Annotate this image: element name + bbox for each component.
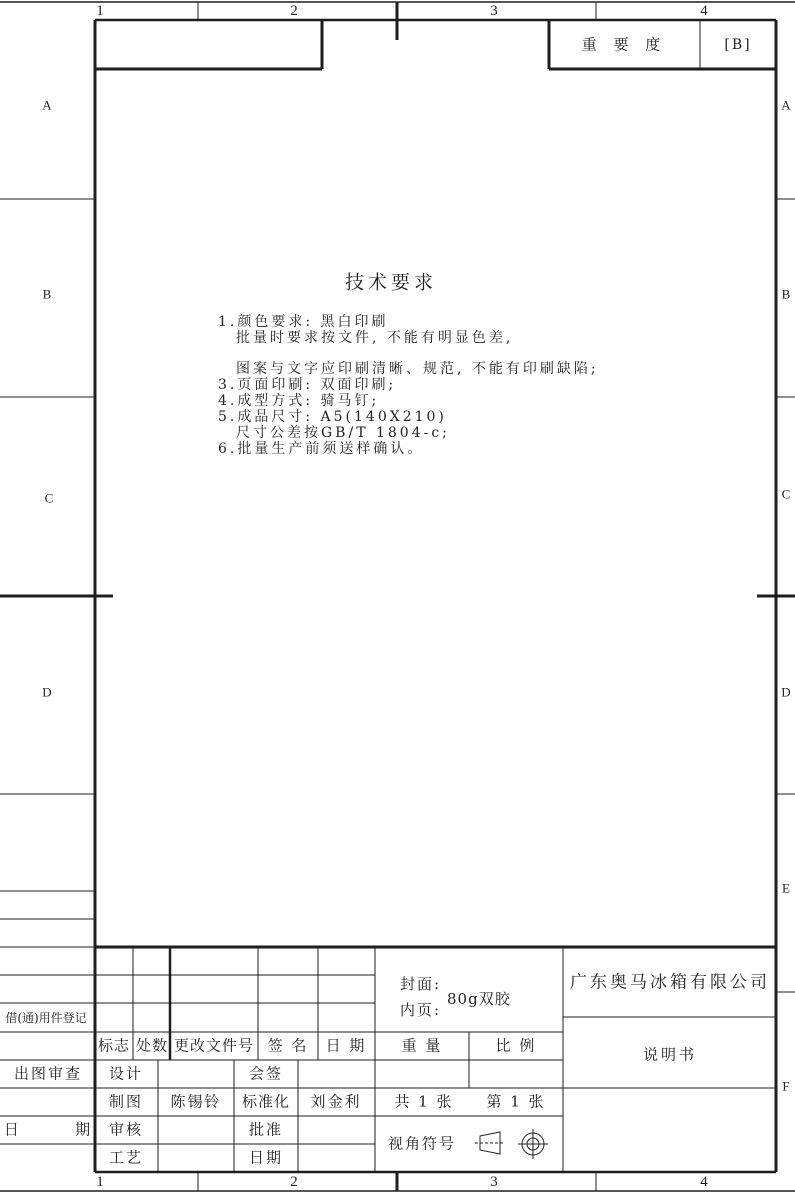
total-sheets: 共 1 张: [394, 1095, 453, 1110]
row-zone-right-f: F: [782, 1080, 789, 1093]
revision-header-date: 日 期: [326, 1039, 367, 1054]
role-drafting: 制图: [109, 1095, 143, 1110]
borrow-register-label: 借(通)用件登记: [5, 1012, 86, 1024]
row-zone-left-b: B: [43, 288, 52, 301]
column-zone-bottom-4: 4: [700, 1175, 708, 1190]
row-zone-left-a: A: [42, 99, 51, 112]
technical-requirements-title: 技术要求: [345, 274, 437, 293]
drawing-frame: [0, 0, 795, 1193]
cover-label: 封面:: [400, 977, 441, 992]
requirement-line: 尺寸公差按GB/T 1804-c;: [236, 426, 450, 440]
row-zone-right-d: D: [781, 686, 790, 699]
document-title: 说明书: [643, 1048, 697, 1063]
column-zone-bottom-1: 1: [96, 1175, 104, 1190]
revision-header-count: 处数: [136, 1039, 168, 1054]
revision-header-mark: 标志: [98, 1039, 130, 1054]
column-zone-top-2: 2: [290, 4, 298, 19]
importance-value: [B]: [724, 38, 751, 52]
column-zone-bottom-3: 3: [490, 1175, 498, 1190]
scale-label: 比 例: [496, 1039, 537, 1054]
requirement-line: 图案与文字应印刷清晰、规范, 不能有印刷缺陷;: [236, 362, 599, 376]
column-zone-top-1: 1: [96, 4, 104, 19]
current-sheet: 第 1 张: [486, 1095, 545, 1110]
column-zone-top-3: 3: [490, 4, 498, 19]
role-countersign: 会签: [249, 1067, 283, 1082]
concentric-circles-icon: [517, 1128, 549, 1160]
row-zone-left-d: D: [42, 686, 51, 699]
margin-date-label: 日 期: [4, 1123, 92, 1138]
importance-label: 重 要 度: [582, 38, 667, 53]
requirement-line: 5.成品尺寸: A5(140X210): [218, 410, 447, 424]
row-zone-left-c: C: [45, 492, 54, 505]
role-date: 日期: [249, 1151, 283, 1166]
weight-label: 重 量: [402, 1039, 443, 1054]
truncated-cone-icon: [474, 1128, 506, 1158]
column-zone-top-4: 4: [700, 4, 708, 19]
row-zone-right-b: B: [782, 288, 791, 301]
requirement-line: 1.颜色要求: 黑白印刷: [218, 315, 389, 329]
inner-pages-label: 内页:: [400, 1003, 441, 1018]
row-zone-right-a: A: [781, 99, 790, 112]
requirement-line: 批量时要求按文件, 不能有明显色差,: [236, 331, 513, 345]
column-zone-bottom-2: 2: [290, 1175, 298, 1190]
role-review: 审核: [109, 1123, 143, 1138]
requirement-line: 6.批量生产前须送样确认。: [218, 442, 424, 456]
drawing-review-label: 出图审查: [14, 1067, 82, 1082]
material-value: 80g双胶: [447, 992, 511, 1007]
revision-header-doc-no: 更改文件号: [174, 1039, 254, 1054]
role-design: 设计: [109, 1067, 143, 1082]
revision-header-signature: 签 名: [268, 1039, 309, 1054]
row-zone-right-e: E: [782, 882, 790, 895]
requirement-line: 3.页面印刷: 双面印刷;: [218, 378, 396, 392]
projection-label: 视角符号: [388, 1137, 456, 1152]
name-standardization: 刘金利: [310, 1095, 361, 1110]
role-process: 工艺: [109, 1151, 143, 1166]
role-standardization: 标准化: [242, 1095, 290, 1110]
name-drafting: 陈锡铃: [170, 1095, 221, 1110]
requirement-line: 4.成型方式: 骑马钉;: [218, 394, 379, 408]
row-zone-right-c: C: [782, 488, 791, 501]
company-name: 广东奥马冰箱有限公司: [570, 975, 770, 992]
role-approval: 批准: [249, 1123, 283, 1138]
